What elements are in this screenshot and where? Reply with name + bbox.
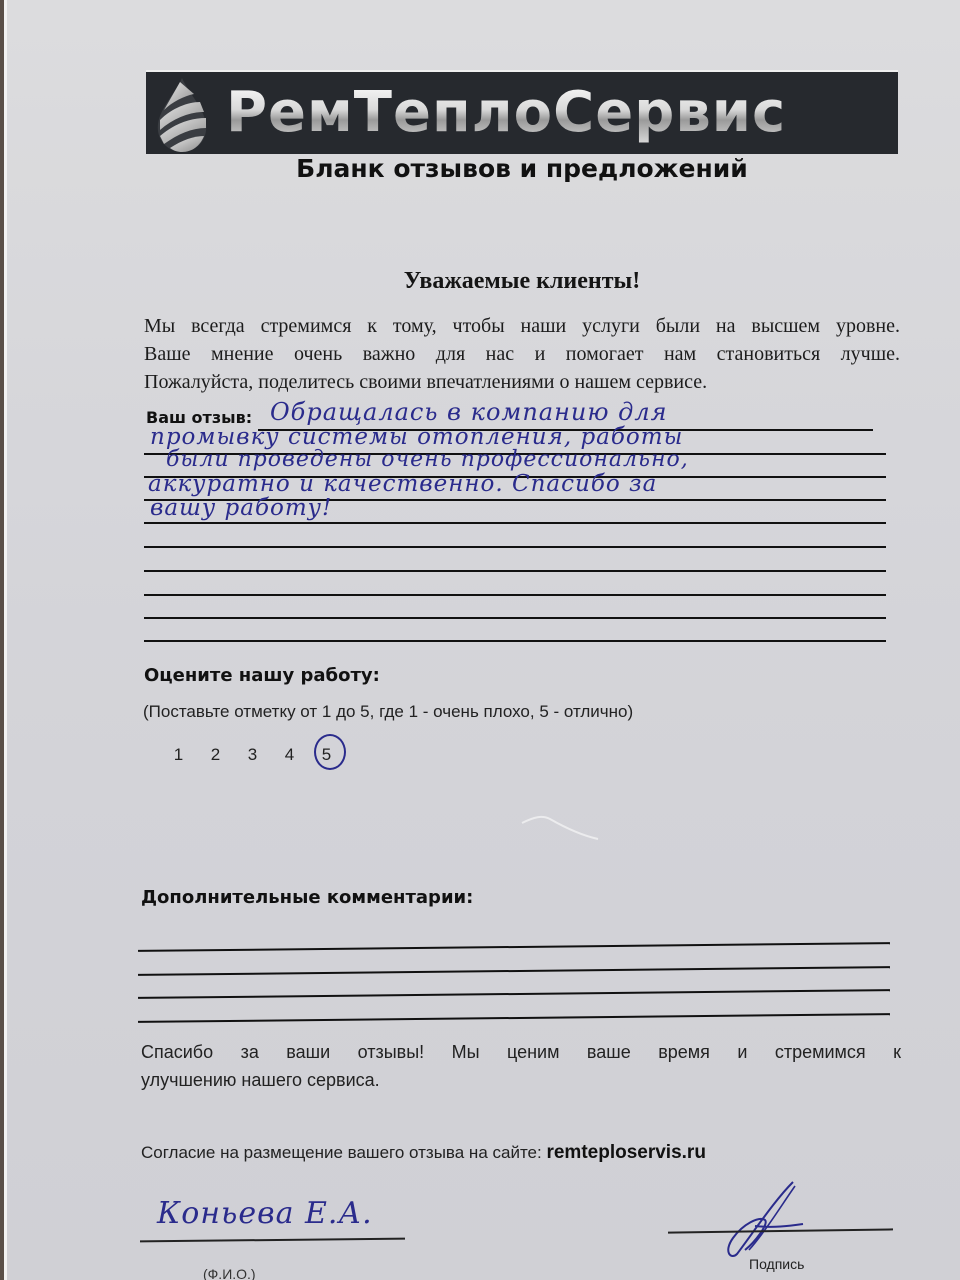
rating-option-2[interactable]: 2 xyxy=(197,742,234,768)
review-line[interactable] xyxy=(144,570,886,572)
thanks-line: улучшению нашего сервиса. xyxy=(141,1070,380,1090)
form-title: Бланк отзывов и предложений xyxy=(0,154,960,183)
paper-edge xyxy=(4,0,7,1280)
handwritten-review-line: Обращалась в компанию для xyxy=(270,398,668,426)
intro-line: Ваше мнение очень важно для нас и помога… xyxy=(144,340,900,368)
handwritten-review-line: вашу работу! xyxy=(150,495,332,521)
review-line[interactable] xyxy=(144,594,886,596)
review-line[interactable] xyxy=(144,546,886,548)
signature-caption: Подпись xyxy=(749,1256,804,1272)
brand-name: РемТеплоСервис xyxy=(226,78,786,148)
intro-text: Мы всегда стремимся к тому, чтобы наши у… xyxy=(144,312,900,396)
thanks-line: Спасибо за ваши отзывы! Мы ценим ваше вр… xyxy=(141,1038,901,1066)
name-caption: (Ф.И.О.) xyxy=(203,1266,256,1280)
rating-options: 1 2 3 4 5 xyxy=(160,742,345,768)
rating-option-3[interactable]: 3 xyxy=(234,742,271,768)
rating-option-5-selected[interactable]: 5 xyxy=(308,742,345,768)
water-drop-icon xyxy=(150,74,214,154)
rating-hint: (Поставьте отметку от 1 до 5, где 1 - оч… xyxy=(143,702,633,722)
greeting-heading: Уважаемые клиенты! xyxy=(0,268,960,295)
review-line[interactable] xyxy=(144,617,886,619)
comments-title: Дополнительные комментарии: xyxy=(141,887,473,908)
rating-title: Оцените нашу работу: xyxy=(144,665,380,686)
handwritten-review-line: аккуратно и качественно. Спасибо за xyxy=(148,471,657,497)
review-line[interactable] xyxy=(144,522,886,524)
thanks-text: Спасибо за ваши отзывы! Мы ценим ваше вр… xyxy=(141,1038,901,1094)
handwritten-review-line: были проведены очень профессионально, xyxy=(166,447,689,472)
review-line[interactable] xyxy=(144,640,886,642)
consent-label: Согласие на размещение вашего отзыва на … xyxy=(141,1143,542,1162)
consent-text: Согласие на размещение вашего отзыва на … xyxy=(141,1142,706,1164)
intro-line: Пожалуйста, поделитесь своими впечатлени… xyxy=(144,368,900,396)
rating-option-1[interactable]: 1 xyxy=(160,742,197,768)
intro-line: Мы всегда стремимся к тому, чтобы наши у… xyxy=(144,312,900,340)
signature-mark xyxy=(715,1180,805,1260)
logo-banner: РемТеплоСервис xyxy=(146,70,898,154)
rating-option-4[interactable]: 4 xyxy=(271,742,308,768)
website-link: remteploservis.ru xyxy=(546,1142,705,1163)
paper-crease xyxy=(520,805,640,845)
handwritten-name: Коньева Е.А. xyxy=(157,1196,373,1231)
